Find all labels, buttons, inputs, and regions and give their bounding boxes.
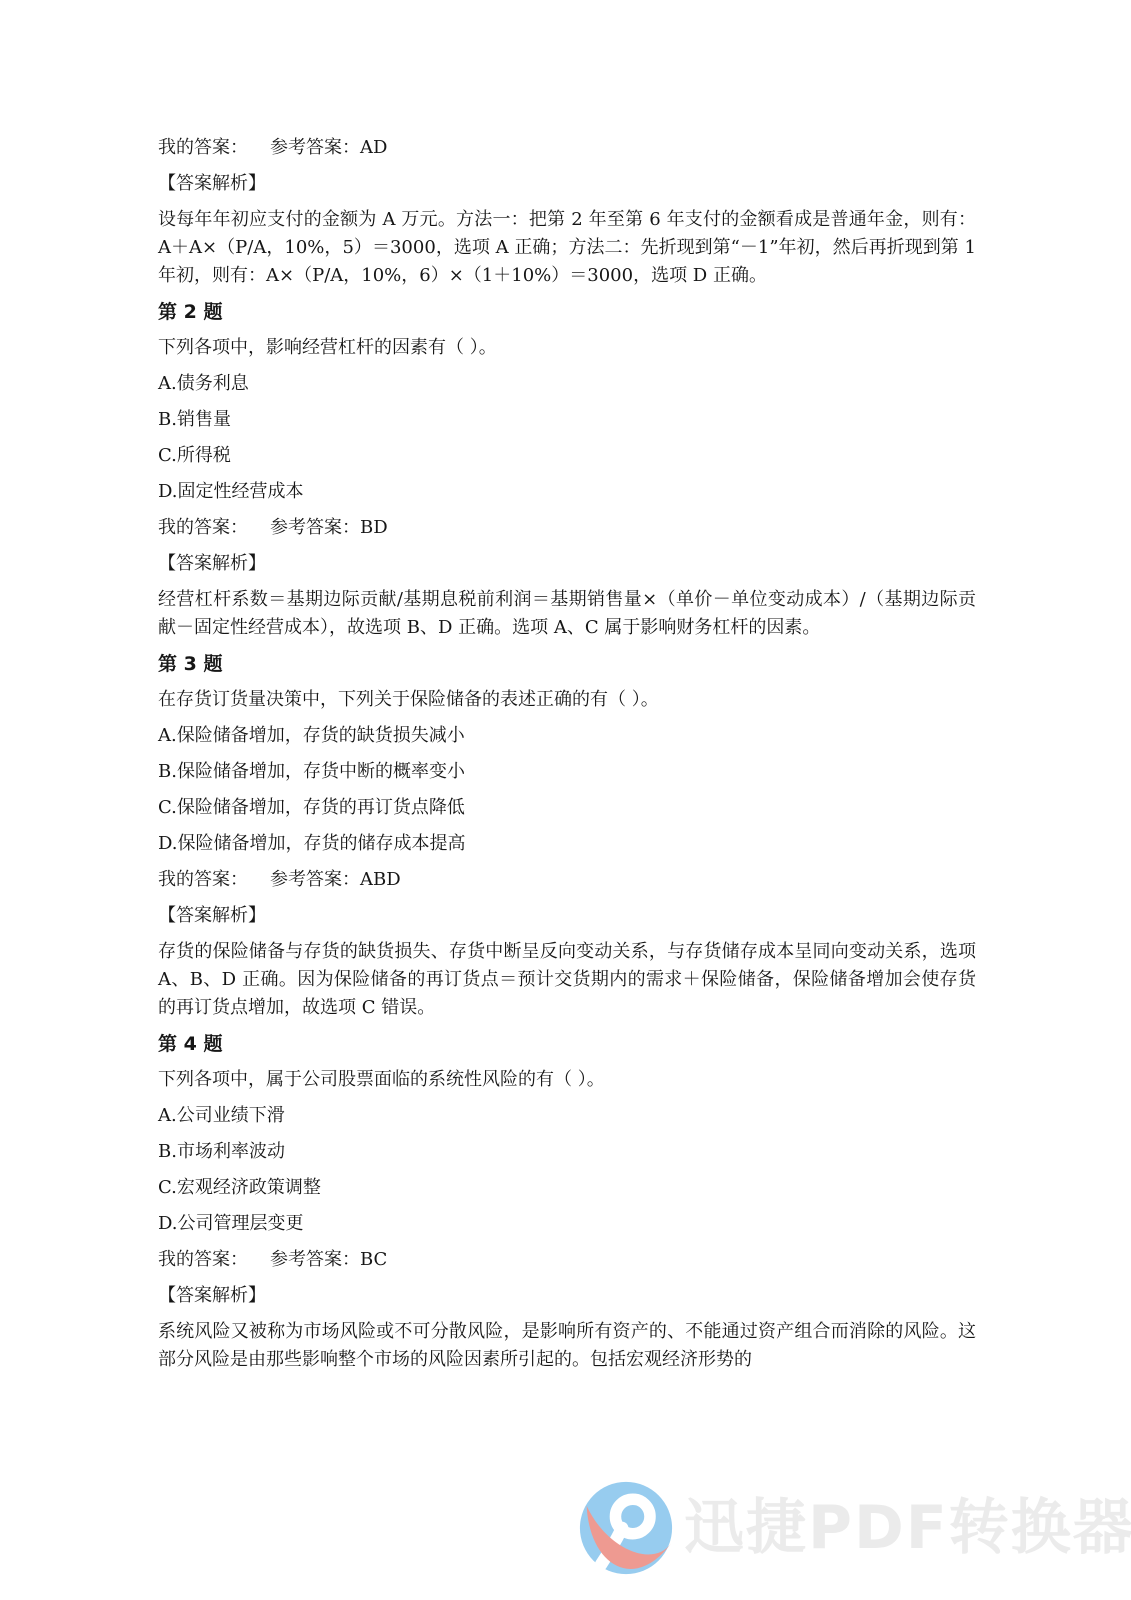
q2-answer-line: 我的答案：参考答案：BD: [158, 514, 976, 542]
q4-option-c: C.宏观经济政策调整: [158, 1174, 976, 1202]
q3-analysis-header: 【答案解析】: [158, 902, 976, 930]
q2-analysis-header: 【答案解析】: [158, 550, 976, 578]
q3-option-a: A.保险储备增加，存货的缺货损失减小: [158, 722, 976, 750]
q4-option-b: B.市场利率波动: [158, 1138, 976, 1166]
q3-title: 第 3 题: [158, 650, 976, 678]
q2-option-a: A.债务利息: [158, 370, 976, 398]
q3-analysis-text: 存货的保险储备与存货的缺货损失、存货中断呈反向变动关系，与存货储存成本呈同向变动…: [158, 938, 976, 1022]
q4-analysis-header: 【答案解析】: [158, 1282, 976, 1310]
q1-analysis-text: 设每年年初应支付的金额为 A 万元。方法一：把第 2 年至第 6 年支付的金额看…: [158, 206, 976, 290]
q2-option-b: B.销售量: [158, 406, 976, 434]
exam-content: 我的答案：参考答案：AD 【答案解析】 设每年年初应支付的金额为 A 万元。方法…: [0, 0, 1131, 1374]
watermark-text: 迅捷PDF转换器: [684, 1480, 1131, 1576]
q3-option-c: C.保险储备增加，存货的再订货点降低: [158, 794, 976, 822]
watermark: 迅捷PDF转换器: [578, 1480, 1131, 1576]
q2-stem: 下列各项中，影响经营杠杆的因素有（ ）。: [158, 334, 976, 362]
q2-option-c: C.所得税: [158, 442, 976, 470]
q4-reference-answer: 参考答案：BC: [270, 1249, 387, 1270]
q1-reference-answer: 参考答案：AD: [270, 137, 387, 158]
q3-option-b: B.保险储备增加，存货中断的概率变小: [158, 758, 976, 786]
document-page: 我的答案：参考答案：AD 【答案解析】 设每年年初应支付的金额为 A 万元。方法…: [0, 0, 1131, 1600]
q2-my-answer-label: 我的答案：: [158, 517, 248, 538]
q4-option-a: A.公司业绩下滑: [158, 1102, 976, 1130]
q4-stem: 下列各项中，属于公司股票面临的系统性风险的有（ ）。: [158, 1066, 976, 1094]
q2-option-d: D.固定性经营成本: [158, 478, 976, 506]
q4-my-answer-label: 我的答案：: [158, 1249, 248, 1270]
q3-stem: 在存货订货量决策中，下列关于保险储备的表述正确的有（ ）。: [158, 686, 976, 714]
q2-analysis-text: 经营杠杆系数＝基期边际贡献/基期息税前利润＝基期销售量×（单价－单位变动成本）/…: [158, 586, 976, 642]
q4-option-d: D.公司管理层变更: [158, 1210, 976, 1238]
q2-reference-answer: 参考答案：BD: [270, 517, 388, 538]
q3-my-answer-label: 我的答案：: [158, 869, 248, 890]
q1-analysis-header: 【答案解析】: [158, 170, 976, 198]
q2-title: 第 2 题: [158, 298, 976, 326]
pdf-converter-logo-icon: [578, 1480, 674, 1576]
q1-my-answer-label: 我的答案：: [158, 137, 248, 158]
q3-answer-line: 我的答案：参考答案：ABD: [158, 866, 976, 894]
q3-option-d: D.保险储备增加，存货的储存成本提高: [158, 830, 976, 858]
q4-answer-line: 我的答案：参考答案：BC: [158, 1246, 976, 1274]
q4-title: 第 4 题: [158, 1030, 976, 1058]
q4-analysis-text: 系统风险又被称为市场风险或不可分散风险，是影响所有资产的、不能通过资产组合而消除…: [158, 1318, 976, 1374]
q1-answer-line: 我的答案：参考答案：AD: [158, 134, 976, 162]
q3-reference-answer: 参考答案：ABD: [270, 869, 401, 890]
